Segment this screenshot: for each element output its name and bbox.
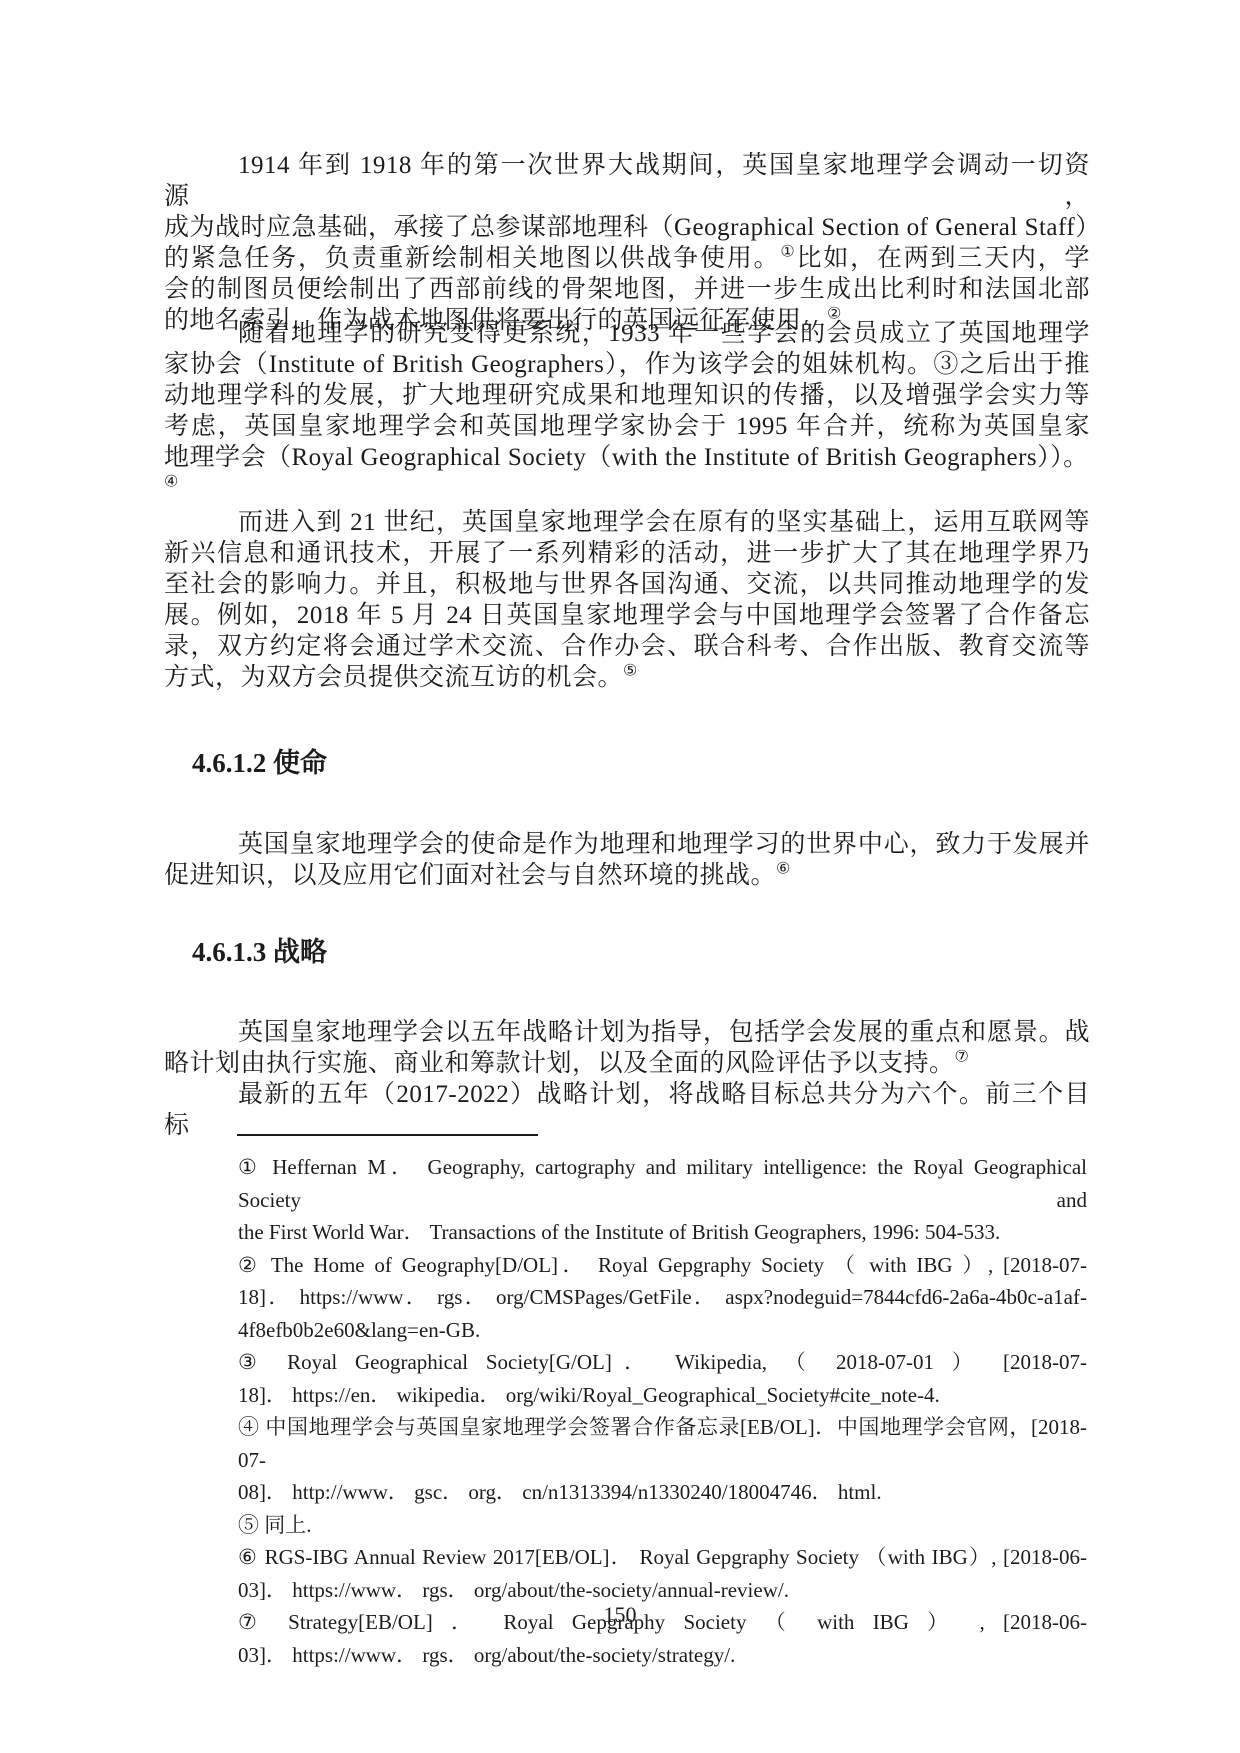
text-line: 随着地理学的研究变得更系统，1933 年一些学会的会员成立了英国地理学 [164,318,1090,349]
text-line: 至社会的影响力。并且，积极地与世界各国沟通、交流，以共同推动地理学的发 [164,569,1090,600]
text-line: 方式，为双方会员提供交流互访的机会。⑤ [164,662,1090,693]
footnote-separator [237,1134,538,1136]
text-line: 促进知识，以及应用它们面对社会与自然环境的挑战。⑥ [164,860,1090,891]
footnote-line: 4f8efb0b2e60&lang=en-GB. [238,1314,1087,1347]
footnote-line: ⑥ RGS-IBG Annual Review 2017[EB/OL]． Roy… [238,1541,1087,1574]
text-line: 成为战时应急基础，承接了总参谋部地理科（Geographical Section… [164,212,1090,243]
section-heading-strategy: 4.6.1.3 战略 [192,937,1090,968]
text-line: 的紧急任务，负责重新绘制相关地图以供战争使用。①比如，在两到三天内，学 [164,243,1090,274]
text-line: 最新的五年（2017-2022）战略计划，将战略目标总共分为六个。前三个目标 [164,1079,1090,1141]
text-line: 新兴信息和通讯技术，开展了一系列精彩的活动，进一步扩大了其在地理学界乃 [164,538,1090,569]
paragraph-ww1-history: 1914 年到 1918 年的第一次世界大战期间，英国皇家地理学会调动一切资源，… [164,150,1090,336]
paragraph-strategy-plan: 英国皇家地理学会以五年战略计划为指导，包括学会发展的重点和愿景。战略计划由执行实… [164,1017,1090,1079]
text-line: 地理学会（Royal Geographical Society（with the… [164,442,1090,473]
text-line: 而进入到 21 世纪，英国皇家地理学会在原有的坚实基础上，运用互联网等 [164,507,1090,538]
paragraph-ibg-founding: 随着地理学的研究变得更系统，1933 年一些学会的会员成立了英国地理学家协会（I… [164,318,1090,504]
page-number: 150 [120,1602,1120,1628]
text-line: 略计划由执行实施、商业和筹款计划，以及全面的风险评估予以支持。⑦ [164,1048,1090,1079]
text-line: 英国皇家地理学会以五年战略计划为指导，包括学会发展的重点和愿景。战 [164,1017,1090,1048]
text-line: 展。例如，2018 年 5 月 24 日英国皇家地理学会与中国地理学会签署了合作… [164,600,1090,631]
text-line: 录，双方约定将会通过学术交流、合作办会、联合科考、合作出版、教育交流等 [164,631,1090,662]
footnote-line: 08]． http://www． gsc． org． cn/n1313394/n… [238,1476,1087,1509]
footnote-line: ④ 中国地理学会与英国皇家地理学会签署合作备忘录[EB/OL]．中国地理学会官网… [238,1411,1087,1476]
text-line: 动地理学科的发展，扩大地理研究成果和地理知识的传播，以及增强学会实力等 [164,380,1090,411]
text-line: 会的制图员便绘制出了西部前线的骨架地图，并进一步生成出比利时和法国北部 [164,274,1090,305]
section-heading-mission: 4.6.1.2 使命 [192,748,1090,779]
footnote-line: ③ Royal Geographical Society[G/OL]． Wiki… [238,1346,1087,1379]
paragraph-mission: 英国皇家地理学会的使命是作为地理和地理学习的世界中心，致力于发展并促进知识，以及… [164,829,1090,891]
footnote-line: ① Heffernan M． Geography, cartography an… [238,1151,1087,1216]
paragraph-latest-five-year-plan: 最新的五年（2017-2022）战略计划，将战略目标总共分为六个。前三个目标 [164,1079,1090,1141]
footnotes-list: ① Heffernan M． Geography, cartography an… [238,1151,1087,1671]
footnote-line: 03]． https://www． rgs． org/about/the-soc… [238,1639,1087,1672]
text-line: ④ [164,473,1090,504]
document-page: 1914 年到 1918 年的第一次世界大战期间，英国皇家地理学会调动一切资源，… [0,0,1240,1753]
footnote-line: ⑤ 同上. [238,1509,1087,1542]
footnote-line: 18]． https://www． rgs． org/CMSPages/GetF… [238,1281,1087,1314]
paragraph-21st-century: 而进入到 21 世纪，英国皇家地理学会在原有的坚实基础上，运用互联网等新兴信息和… [164,507,1090,693]
footnote-line: 18]． https://en． wikipedia． org/wiki/Roy… [238,1379,1087,1412]
footnote-line: ② The Home of Geography[D/OL]． Royal Gep… [238,1249,1087,1282]
text-line: 家协会（Institute of British Geographers），作为… [164,349,1090,380]
text-line: 考虑，英国皇家地理学会和英国地理学家协会于 1995 年合并，统称为英国皇家 [164,411,1090,442]
text-line: 1914 年到 1918 年的第一次世界大战期间，英国皇家地理学会调动一切资源， [164,150,1090,212]
text-line: 英国皇家地理学会的使命是作为地理和地理学习的世界中心，致力于发展并 [164,829,1090,860]
footnote-line: the First World War． Transactions of the… [238,1216,1087,1249]
